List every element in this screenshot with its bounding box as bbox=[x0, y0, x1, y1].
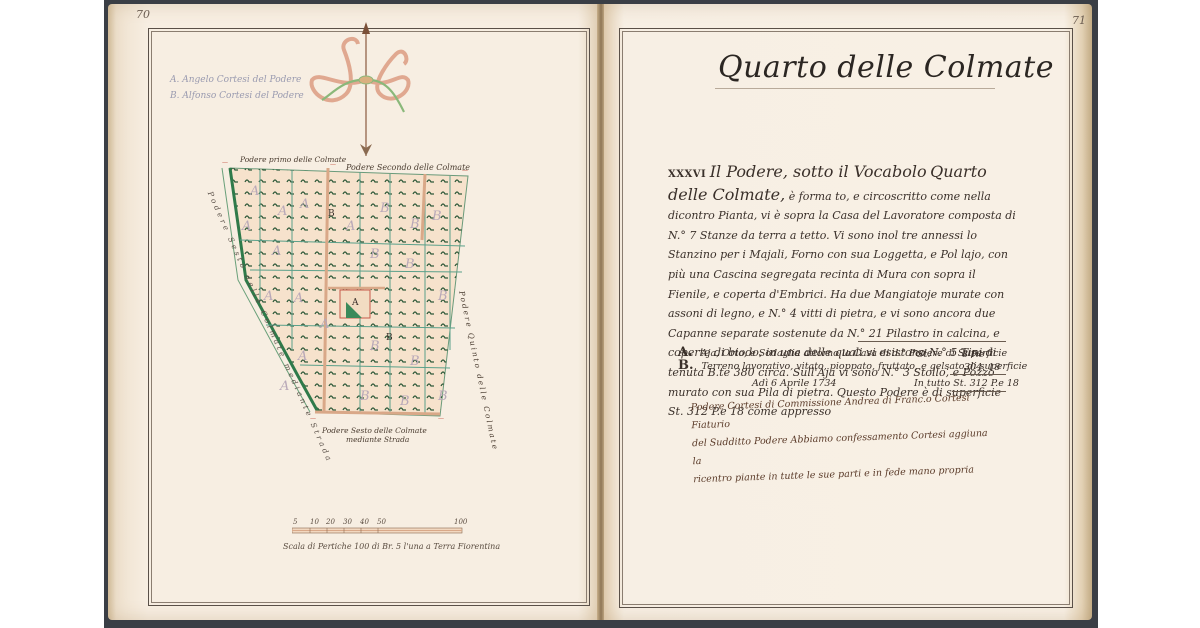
svg-text:B: B bbox=[399, 394, 410, 409]
svg-text:A: A bbox=[277, 204, 287, 219]
date-line: Adì 6 Aprile 1734 bbox=[752, 378, 836, 389]
svg-text:A: A bbox=[241, 219, 251, 234]
svg-text:B: B bbox=[431, 209, 442, 224]
scale-caption: Scala di Pertiche 100 di Br. 5 l'una a T… bbox=[283, 542, 500, 551]
title-underline bbox=[715, 88, 995, 89]
svg-text:B: B bbox=[379, 201, 390, 216]
scale-tick: 40 bbox=[360, 518, 369, 526]
svg-text:A: A bbox=[279, 379, 289, 394]
svg-text:B: B bbox=[369, 339, 380, 354]
svg-text:A: A bbox=[297, 349, 307, 364]
legend-note: A. Angelo Cortesi del Podere B. Alfonso … bbox=[170, 72, 304, 104]
right-page-number: 71 bbox=[1072, 14, 1086, 27]
svg-text:A: A bbox=[271, 244, 281, 259]
scale-tick: 20 bbox=[326, 518, 335, 526]
scale-bar bbox=[292, 527, 464, 535]
entry-number: XXXVI bbox=[668, 169, 706, 180]
scale-tick: 30 bbox=[343, 518, 352, 526]
map-label-bottom-1: Podere Sesto delle Colmate bbox=[322, 426, 427, 435]
total-line: In tutto St. 312 P.e 18 bbox=[914, 378, 1019, 389]
svg-text:B: B bbox=[404, 257, 415, 272]
paragraph-rule bbox=[858, 341, 1006, 342]
scale-tick: 100 bbox=[454, 518, 467, 526]
house-label: A bbox=[351, 298, 359, 308]
svg-text:B: B bbox=[359, 389, 370, 404]
svg-text:B: B bbox=[437, 289, 448, 304]
map-label-bottom-2: mediante Strada bbox=[346, 435, 409, 444]
scale-tick: 5 bbox=[293, 518, 297, 526]
estate-map: ——— —— A AAA AAA AAA AA BBB BBB BBB BB B… bbox=[200, 150, 490, 440]
svg-text:A: A bbox=[249, 184, 259, 199]
handwritten-note: Podere Cortesi di Commissione Andrea di … bbox=[691, 389, 994, 489]
svg-text:B: B bbox=[409, 217, 420, 232]
svg-text:—: — bbox=[222, 159, 228, 166]
legend-line-a: A. Angelo Cortesi del Podere bbox=[170, 72, 304, 88]
svg-text:A: A bbox=[299, 197, 309, 212]
svg-text:A: A bbox=[345, 219, 355, 234]
compass-arrow-icon bbox=[300, 20, 420, 160]
svg-text:A: A bbox=[319, 317, 329, 332]
scale-tick: 10 bbox=[310, 518, 319, 526]
item-unit-b: . bbox=[946, 362, 949, 373]
svg-text:—: — bbox=[438, 415, 444, 422]
map-label-top-right: Podere Secondo delle Colmate bbox=[346, 163, 470, 172]
item-letter: B. bbox=[678, 358, 694, 373]
svg-text:B: B bbox=[409, 354, 420, 369]
sum-rule bbox=[950, 374, 1006, 375]
svg-text:A: A bbox=[293, 291, 303, 306]
map-label-top-left: Podere primo delle Colmate bbox=[240, 155, 346, 164]
svg-text:B: B bbox=[437, 389, 448, 404]
svg-text:B: B bbox=[386, 333, 393, 343]
scale-tick: 50 bbox=[377, 518, 386, 526]
item-value-b: 304. 18 bbox=[964, 362, 1000, 373]
legend-line-b: B. Alfonso Cortesi del Podere bbox=[170, 88, 304, 104]
page-title: Quarto delle Colmate bbox=[718, 50, 1054, 85]
left-page-number: 70 bbox=[136, 8, 150, 21]
paragraph-start: Il Podere, sotto il Vocabolo bbox=[710, 162, 927, 181]
svg-text:B: B bbox=[328, 209, 335, 219]
svg-text:A: A bbox=[263, 289, 273, 304]
svg-text:B: B bbox=[369, 247, 380, 262]
